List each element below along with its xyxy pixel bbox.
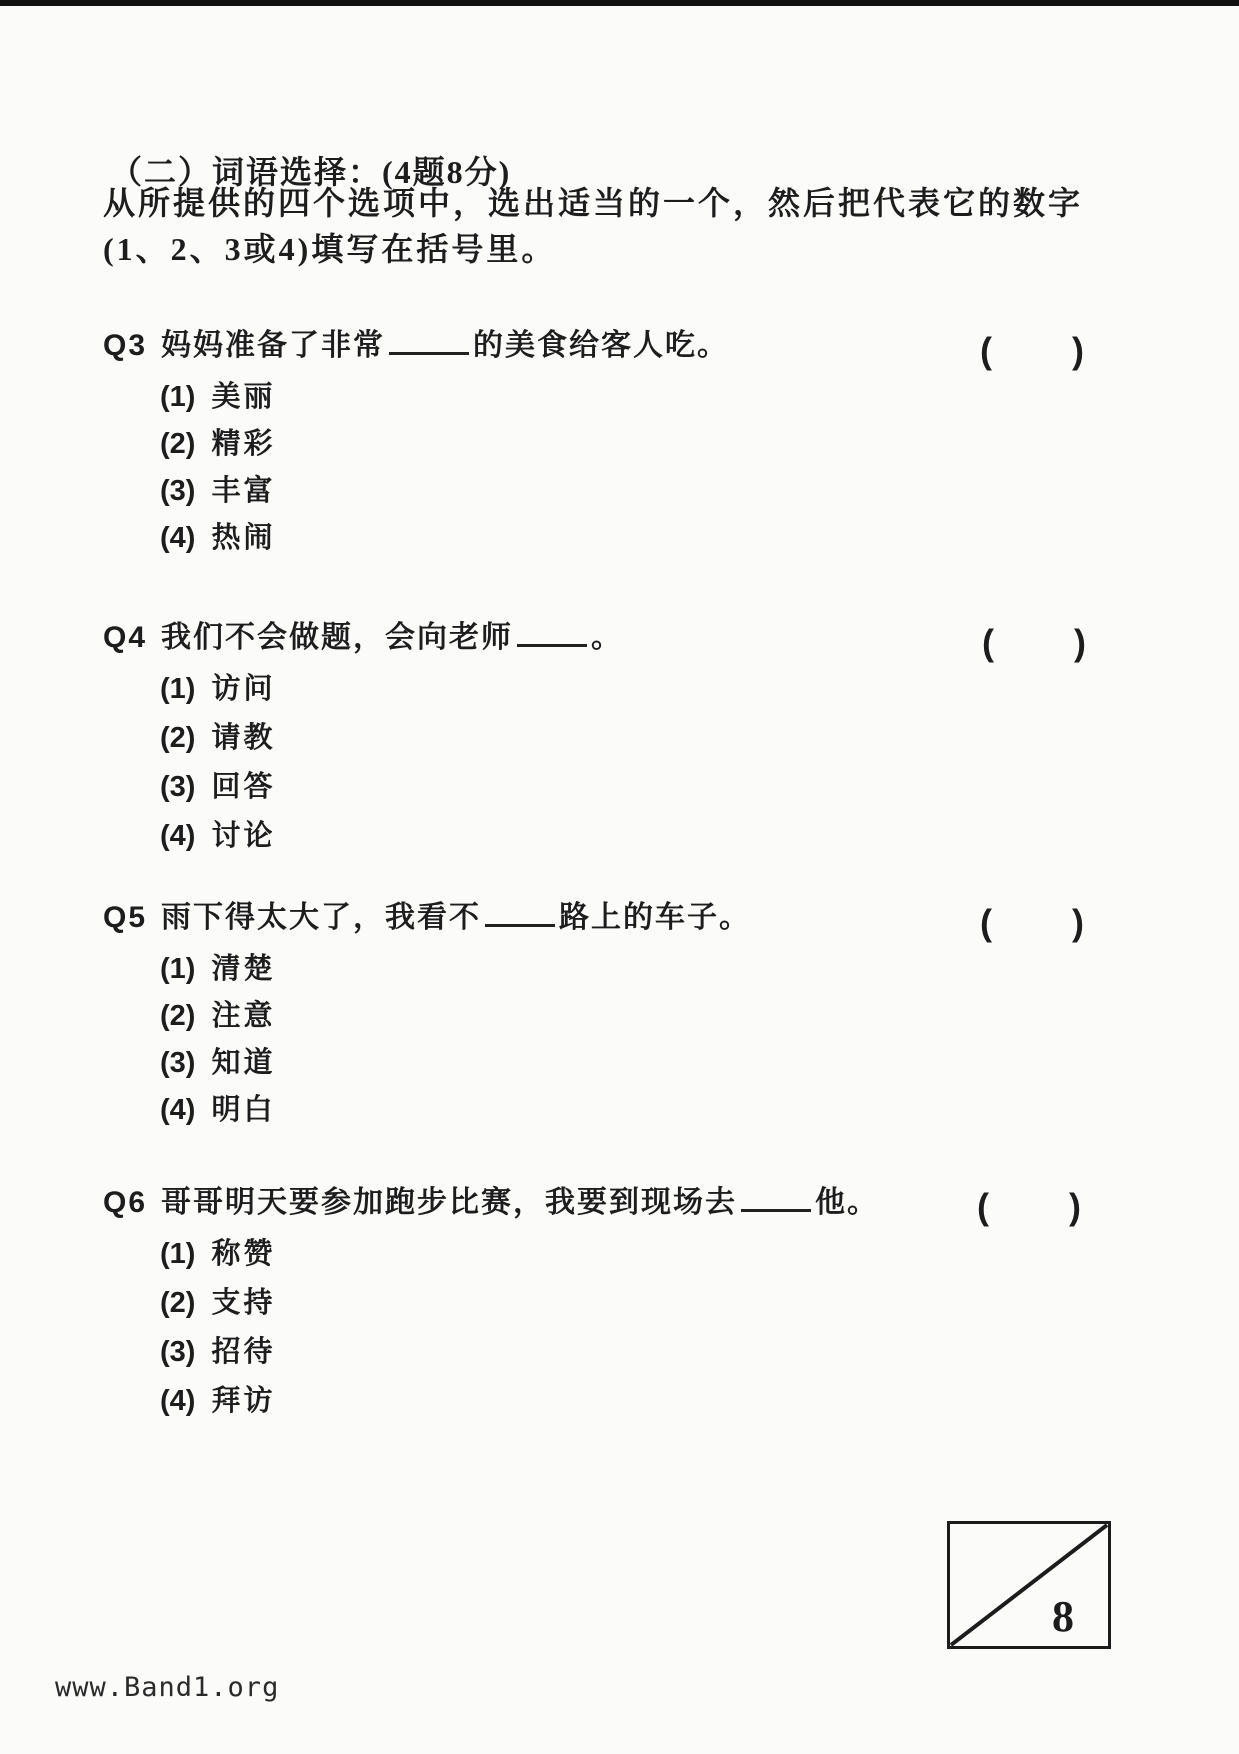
fill-in-blank xyxy=(389,332,469,355)
question-q4-number: Q4 xyxy=(103,618,147,658)
option-text: 拜访 xyxy=(211,1384,275,1418)
question-q3-answer-brackets: ( ) xyxy=(980,330,1084,372)
option-text: 请教 xyxy=(211,721,275,755)
option-number: (2) xyxy=(160,721,195,755)
option-text: 清楚 xyxy=(211,952,275,986)
sentence-post: 的美食给客人吃。 xyxy=(473,329,729,362)
score-box-diagonal-line xyxy=(950,1524,1108,1646)
option-number: (4) xyxy=(160,1093,195,1127)
bracket-open: ( xyxy=(980,902,992,944)
option-3: (3)知道 xyxy=(160,1046,983,1093)
question-q6-sentence: 哥哥明天要参加跑步比赛，我要到现场去他。 xyxy=(161,1183,879,1223)
option-text: 丰富 xyxy=(211,474,275,508)
bracket-open: ( xyxy=(982,622,994,664)
option-1: (1)美丽 xyxy=(160,380,983,427)
option-number: (4) xyxy=(160,1384,195,1418)
option-1: (1)清楚 xyxy=(160,952,983,999)
option-2: (2)支持 xyxy=(160,1286,983,1335)
question-q4-sentence: 我们不会做题，会向老师。 xyxy=(161,618,623,658)
fill-in-blank xyxy=(741,1189,811,1212)
option-4: (4)讨论 xyxy=(160,819,983,868)
option-2: (2)精彩 xyxy=(160,427,983,474)
option-text: 招待 xyxy=(211,1335,275,1369)
scan-edge-artifact xyxy=(0,0,1239,6)
option-text: 精彩 xyxy=(211,427,275,461)
question-q4-answer-brackets: ( ) xyxy=(982,622,1086,664)
sentence-pre: 哥哥明天要参加跑步比赛，我要到现场去 xyxy=(161,1186,737,1219)
option-3: (3)回答 xyxy=(160,770,983,819)
question-q4-line: Q4 我们不会做题，会向老师。 xyxy=(103,618,983,658)
exam-paper-page: { "document": { "section_title": "（二）词语选… xyxy=(0,0,1239,1754)
question-q5-options: (1)清楚 (2)注意 (3)知道 (4)明白 xyxy=(103,952,983,1140)
option-number: (1) xyxy=(160,672,195,706)
option-number: (4) xyxy=(160,819,195,853)
option-4: (4)明白 xyxy=(160,1093,983,1140)
option-1: (1)访问 xyxy=(160,672,983,721)
option-number: (2) xyxy=(160,427,195,461)
option-number: (4) xyxy=(160,521,195,555)
option-1: (1)称赞 xyxy=(160,1237,983,1286)
option-number: (2) xyxy=(160,1286,195,1320)
fill-in-blank xyxy=(517,624,587,647)
option-text: 支持 xyxy=(211,1286,275,1320)
instruction-line-1: 从所提供的四个选项中，选出适当的一个，然后把代表它的数字 xyxy=(103,180,1133,226)
question-q5: Q5 雨下得太大了，我看不路上的车子。 (1)清楚 (2)注意 (3)知道 (4… xyxy=(103,898,983,1140)
question-q6-options: (1)称赞 (2)支持 (3)招待 (4)拜访 xyxy=(103,1237,983,1433)
instructions: 从所提供的四个选项中，选出适当的一个，然后把代表它的数字 (1、2、3或4)填写… xyxy=(103,180,1133,272)
question-q4-options: (1)访问 (2)请教 (3)回答 (4)讨论 xyxy=(103,672,983,868)
question-q3-sentence: 妈妈准备了非常的美食给客人吃。 xyxy=(161,326,729,366)
option-text: 知道 xyxy=(211,1046,275,1080)
sentence-pre: 我们不会做题，会向老师 xyxy=(161,621,513,654)
question-q5-line: Q5 雨下得太大了，我看不路上的车子。 xyxy=(103,898,983,938)
sentence-pre: 雨下得太大了，我看不 xyxy=(161,901,481,934)
option-number: (3) xyxy=(160,1046,195,1080)
option-number: (3) xyxy=(160,1335,195,1369)
option-4: (4)热闹 xyxy=(160,521,983,568)
question-q5-answer-brackets: ( ) xyxy=(980,902,1084,944)
option-text: 访问 xyxy=(211,672,275,706)
bracket-close: ) xyxy=(1069,1186,1081,1228)
question-q6-answer-brackets: ( ) xyxy=(977,1186,1081,1228)
question-q6: Q6 哥哥明天要参加跑步比赛，我要到现场去他。 (1)称赞 (2)支持 (3)招… xyxy=(103,1183,983,1433)
option-text: 回答 xyxy=(211,770,275,804)
bracket-close: ) xyxy=(1072,330,1084,372)
sentence-post: 他。 xyxy=(815,1186,879,1219)
option-number: (2) xyxy=(160,999,195,1033)
footer-website-url: www.Band1.org xyxy=(55,1672,279,1703)
option-text: 称赞 xyxy=(211,1237,275,1271)
instruction-line-2: (1、2、3或4)填写在括号里。 xyxy=(103,226,1133,272)
option-number: (1) xyxy=(160,952,195,986)
question-q3-options: (1)美丽 (2)精彩 (3)丰富 (4)热闹 xyxy=(103,380,983,568)
option-text: 热闹 xyxy=(211,521,275,555)
option-number: (1) xyxy=(160,380,195,414)
option-text: 注意 xyxy=(211,999,275,1033)
option-text: 美丽 xyxy=(211,380,275,414)
question-q5-number: Q5 xyxy=(103,898,147,938)
bracket-close: ) xyxy=(1072,902,1084,944)
option-4: (4)拜访 xyxy=(160,1384,983,1433)
question-q6-number: Q6 xyxy=(103,1183,147,1223)
question-q3: Q3 妈妈准备了非常的美食给客人吃。 (1)美丽 (2)精彩 (3)丰富 (4)… xyxy=(103,326,983,568)
option-text: 讨论 xyxy=(211,819,275,853)
option-number: (3) xyxy=(160,474,195,508)
fill-in-blank xyxy=(485,904,555,927)
bracket-open: ( xyxy=(977,1186,989,1228)
sentence-pre: 妈妈准备了非常 xyxy=(161,329,385,362)
option-number: (1) xyxy=(160,1237,195,1271)
option-3: (3)丰富 xyxy=(160,474,983,521)
option-3: (3)招待 xyxy=(160,1335,983,1384)
option-2: (2)注意 xyxy=(160,999,983,1046)
option-number: (3) xyxy=(160,770,195,804)
sentence-post: 路上的车子。 xyxy=(559,901,751,934)
bracket-open: ( xyxy=(980,330,992,372)
question-q6-line: Q6 哥哥明天要参加跑步比赛，我要到现场去他。 xyxy=(103,1183,983,1223)
question-q4: Q4 我们不会做题，会向老师。 (1)访问 (2)请教 (3)回答 (4)讨论 xyxy=(103,618,983,868)
score-value: 8 xyxy=(1052,1591,1074,1642)
question-q5-sentence: 雨下得太大了，我看不路上的车子。 xyxy=(161,898,751,938)
option-text: 明白 xyxy=(211,1093,275,1127)
score-box: 8 xyxy=(947,1521,1111,1649)
question-q3-line: Q3 妈妈准备了非常的美食给客人吃。 xyxy=(103,326,983,366)
sentence-post: 。 xyxy=(591,621,623,654)
question-q3-number: Q3 xyxy=(103,326,147,366)
option-2: (2)请教 xyxy=(160,721,983,770)
bracket-close: ) xyxy=(1074,622,1086,664)
